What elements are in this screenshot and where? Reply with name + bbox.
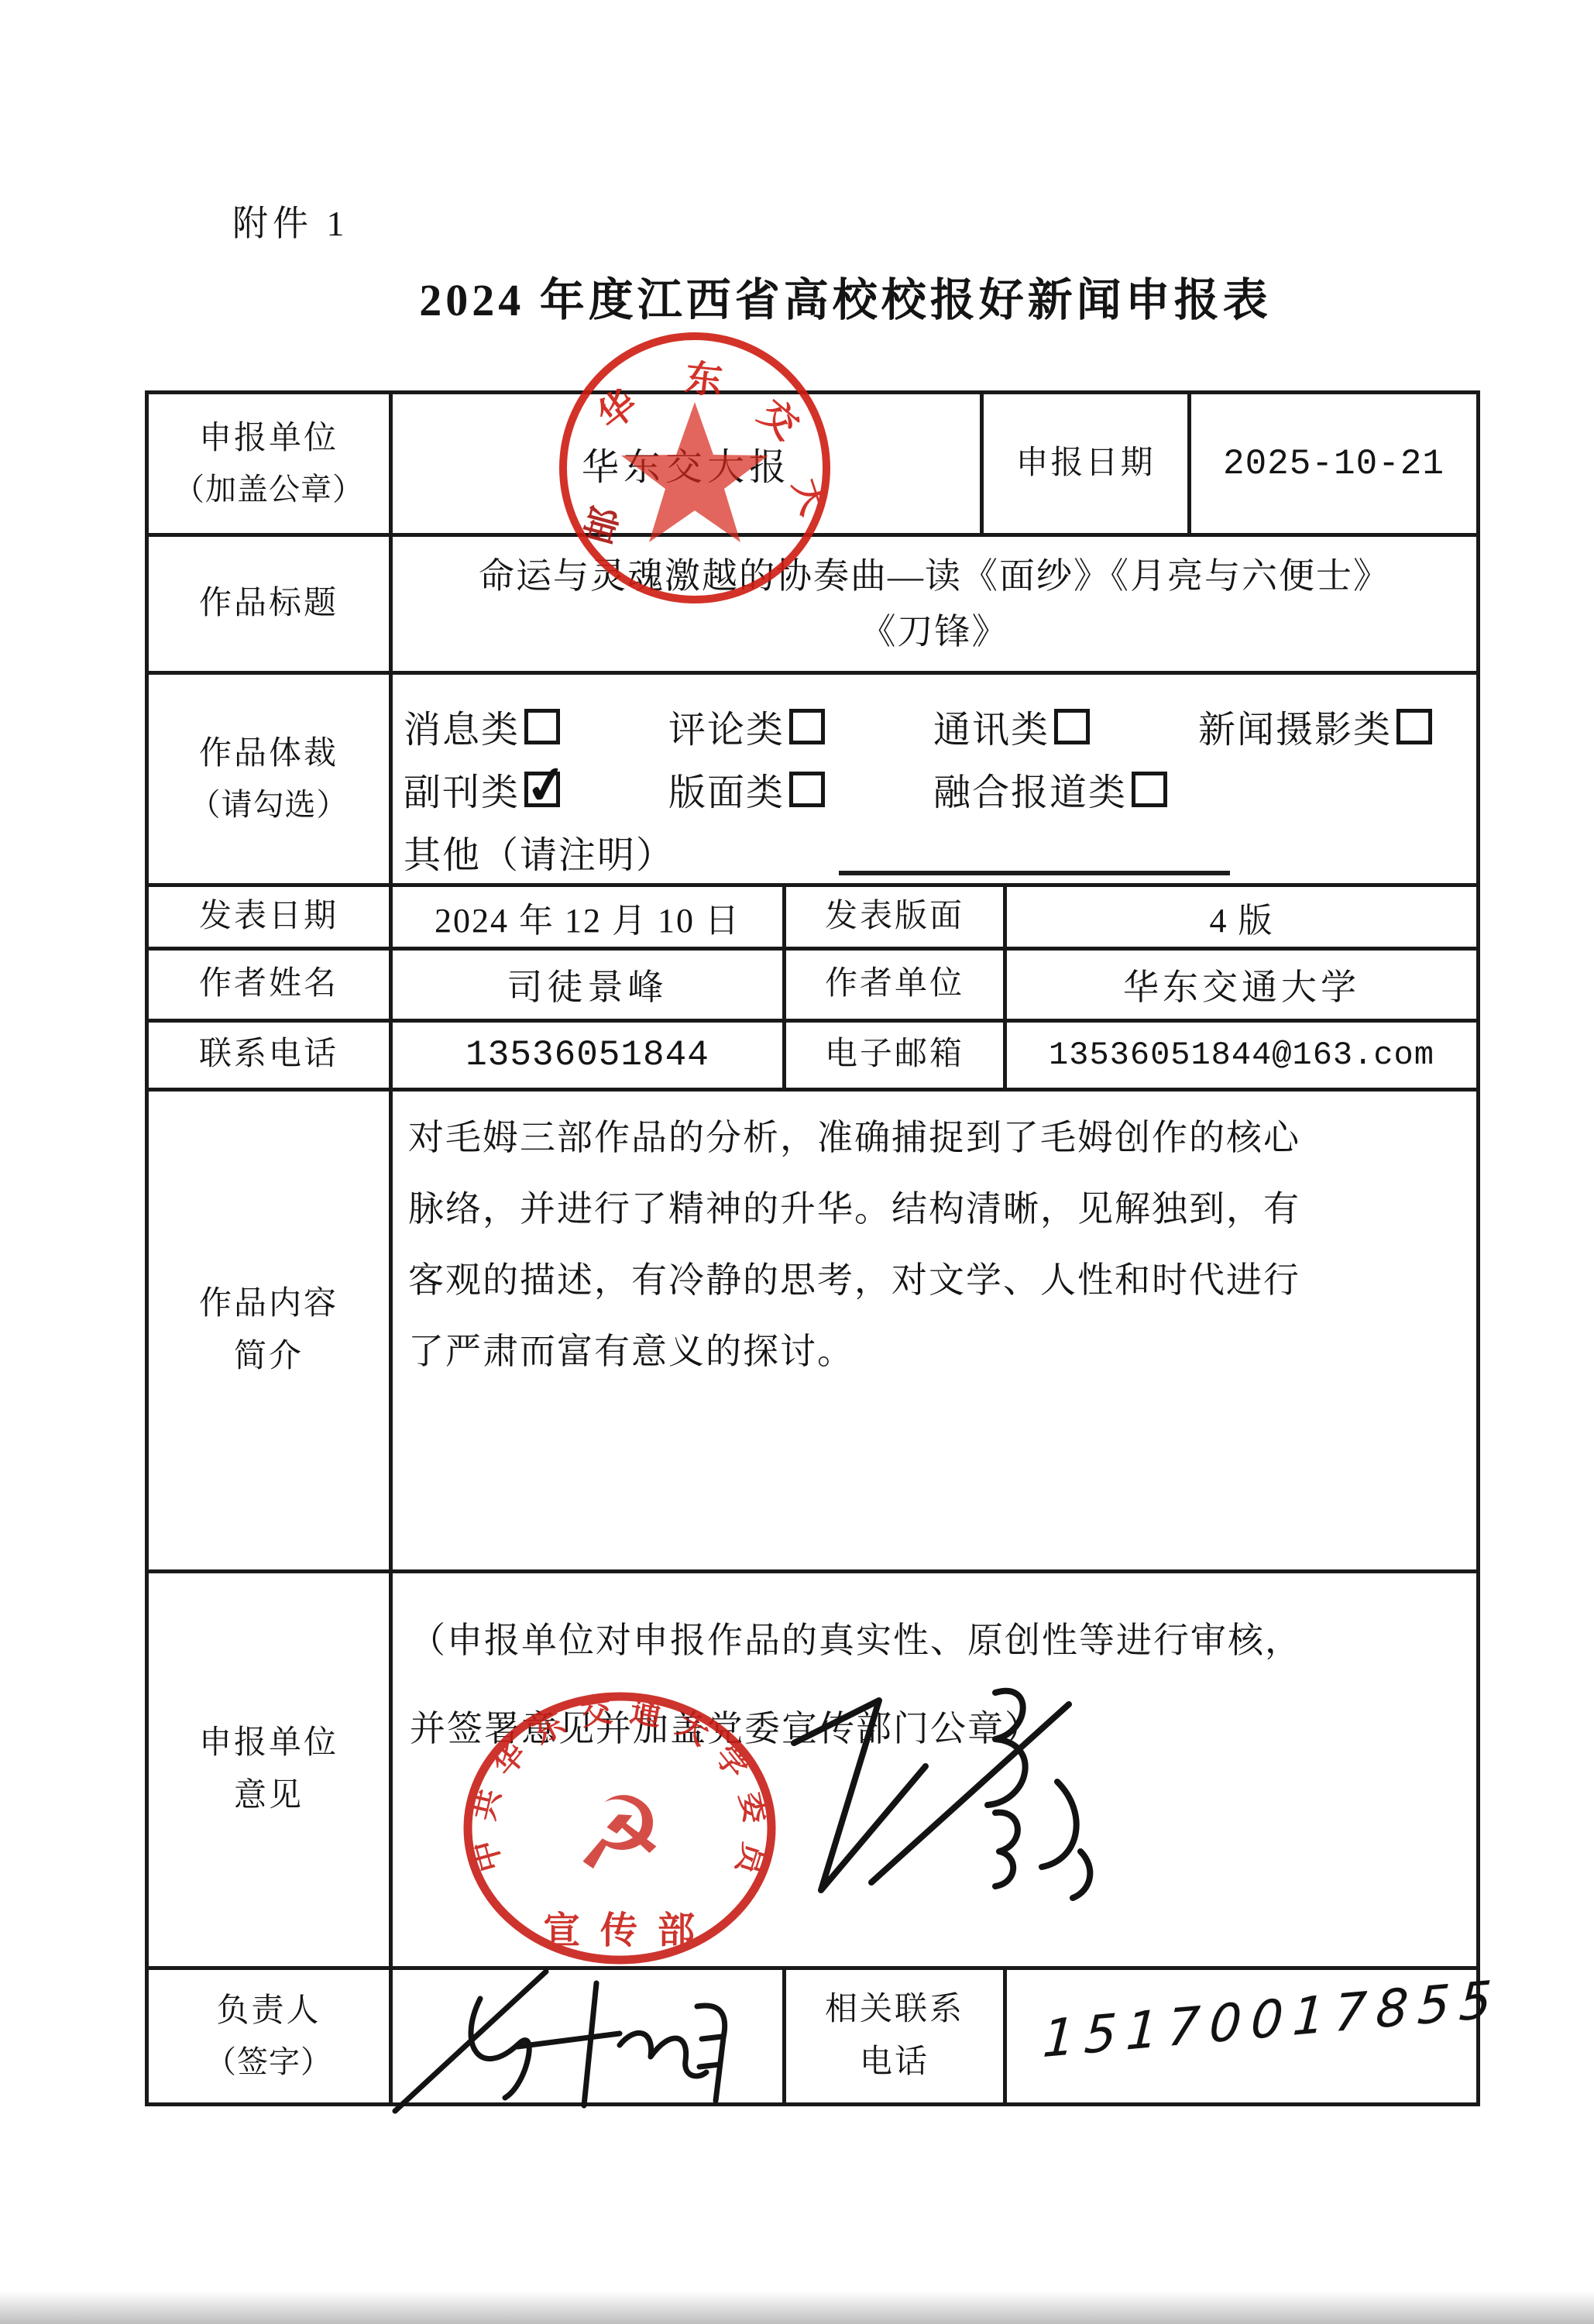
checkbox-supplement: [524, 772, 560, 807]
publish-page-label-cell: 发表版面: [786, 887, 1007, 951]
contact-phone-label-line2: 电话: [860, 2037, 929, 2089]
declare-date-value-cell: 2025-10-21: [1191, 394, 1480, 537]
author-name-value-cell: 司徒景峰: [393, 951, 786, 1023]
publish-date-value: 2024 年 12 月 10 日: [435, 892, 740, 942]
summary-line: 脉络，并进行了精神的升华。结构清晰，见解独到，有: [408, 1174, 1300, 1245]
responsible-signature-cell: [393, 1970, 786, 2106]
author-name-label-cell: 作者姓名: [149, 951, 393, 1023]
application-table: 申报单位 （加盖公章） 华东交大报 申报日期 2025-10-21 作品标题 命…: [145, 390, 1480, 2106]
phone-value-cell: 13536051844: [393, 1023, 786, 1092]
phone-value: 13536051844: [465, 1035, 709, 1075]
checkbox-converged: [1132, 772, 1167, 807]
opinion-label-line1: 申报单位: [199, 1717, 338, 1769]
genre-item-photography: 新闻摄影类: [1198, 700, 1432, 753]
opinion-label-cell: 申报单位 意见: [149, 1573, 393, 1970]
author-name-value: 司徒景峰: [507, 959, 668, 1010]
author-name-label: 作者姓名: [199, 958, 338, 1010]
checkbox-news: [524, 709, 560, 744]
phone-label-cell: 联系电话: [149, 1023, 393, 1092]
genre-item-layout: 版面类: [668, 762, 825, 816]
author-unit-value-cell: 华东交通大学: [1007, 951, 1480, 1023]
work-title-value-cell: 命运与灵魂激越的协奏曲—读《面纱》《月亮与六便士》 《刀锋》: [393, 537, 1480, 675]
genre-item-commentary: 评论类: [668, 700, 825, 753]
summary-line: 客观的描述，有冷静的思考，对文学、人性和时代进行: [408, 1245, 1300, 1316]
email-value-cell: 13536051844@163.com: [1007, 1023, 1480, 1092]
work-title-label: 作品标题: [199, 578, 338, 630]
declare-unit-value: 华东交大报: [582, 437, 791, 490]
summary-text-cell: 对毛姆三部作品的分析，准确捕捉到了毛姆创作的核心 脉络，并进行了精神的升华。结构…: [393, 1092, 1480, 1573]
genre-item-supplement: 副刊类: [404, 762, 560, 816]
opinion-note-line2: 并签署意见并加盖党委宣传部门公章）: [410, 1685, 1042, 1773]
summary-label-cell: 作品内容 简介: [149, 1092, 393, 1573]
author-unit-label-cell: 作者单位: [786, 951, 1007, 1023]
work-title-label-cell: 作品标题: [149, 537, 393, 675]
work-title-line2: 《刀锋》: [861, 605, 1009, 658]
declare-unit-value-cell: 华东交大报: [393, 394, 984, 537]
responsible-label-line2: （签字）: [205, 2037, 332, 2087]
opinion-note-cell: （申报单位对申报作品的真实性、原创性等进行审核， 并签署意见并加盖党委宣传部门公…: [393, 1573, 1480, 1970]
opinion-label-line2: 意见: [234, 1770, 304, 1822]
author-unit-value: 华东交通大学: [1123, 959, 1360, 1010]
genre-label-line2: （请勾选）: [190, 780, 349, 830]
responsible-label-line1: 负责人: [216, 1985, 321, 2037]
summary-line: 了严肃而富有意义的探讨。: [408, 1316, 854, 1387]
phone-label: 联系电话: [199, 1029, 338, 1081]
genre-item-news: 消息类: [404, 700, 560, 753]
publish-date-label: 发表日期: [199, 891, 338, 943]
responsible-label-cell: 负责人 （签字）: [149, 1970, 393, 2106]
publish-date-label-cell: 发表日期: [149, 887, 393, 951]
genre-row-3: 其他（请注明）: [404, 820, 1476, 883]
checkbox-layout: [789, 772, 825, 807]
publish-page-value: 4 版: [1210, 892, 1274, 942]
opinion-note-line1: （申报单位对申报作品的真实性、原创性等进行审核，: [410, 1597, 1302, 1685]
declare-date-label: 申报日期: [1015, 438, 1155, 490]
form-title: 2024 年度江西省高校校报好新闻申报表: [145, 263, 1476, 328]
genre-label-cell: 作品体裁 （请勾选）: [149, 675, 393, 887]
genre-row-2: 副刊类 版面类 融合报道类: [404, 758, 1476, 820]
author-unit-label: 作者单位: [825, 958, 964, 1010]
publish-date-value-cell: 2024 年 12 月 10 日: [393, 887, 786, 951]
declare-date-label-cell: 申报日期: [984, 394, 1191, 537]
publish-page-value-cell: 4 版: [1007, 887, 1480, 951]
publish-page-label: 发表版面: [825, 891, 964, 943]
genre-item-communication: 通讯类: [933, 700, 1090, 753]
checkbox-photography: [1396, 709, 1432, 744]
summary-line: 对毛姆三部作品的分析，准确捕捉到了毛姆创作的核心: [408, 1102, 1300, 1174]
email-value: 13536051844@163.com: [1049, 1037, 1434, 1074]
scanned-form-page: 附件 1 2024 年度江西省高校校报好新闻申报表 申报单位 （加盖公章） 华东…: [0, 0, 1594, 2324]
declare-unit-label-line1: 申报单位: [199, 413, 338, 465]
declare-unit-label-cell: 申报单位 （加盖公章）: [149, 394, 393, 537]
contact-phone-label-cell: 相关联系 电话: [786, 1970, 1007, 2106]
other-fill-in-line: [839, 871, 1230, 875]
scan-edge-shadow: [0, 2291, 1594, 2324]
checkbox-communication: [1054, 709, 1090, 744]
email-label-cell: 电子邮箱: [786, 1023, 1007, 1092]
email-label: 电子邮箱: [825, 1029, 964, 1081]
genre-row-1: 消息类 评论类 通讯类 新闻摄影类: [404, 695, 1476, 758]
genre-label-line1: 作品体裁: [199, 728, 338, 780]
summary-label-line2: 简介: [234, 1331, 304, 1383]
attachment-label: 附件 1: [232, 195, 349, 246]
summary-label-line1: 作品内容: [199, 1278, 338, 1330]
genre-item-other: 其他（请注明）: [404, 825, 675, 878]
declare-date-value: 2025-10-21: [1223, 444, 1445, 484]
genre-options-cell: 消息类 评论类 通讯类 新闻摄影类 副刊类 版面类 融合报道类 其他（请注明）: [393, 675, 1480, 887]
contact-phone-label-line1: 相关联系: [825, 1984, 964, 2036]
work-title-line1: 命运与灵魂激越的协奏曲—读《面纱》《月亮与六便士》: [479, 549, 1390, 603]
genre-item-converged: 融合报道类: [933, 762, 1167, 816]
checkbox-commentary: [789, 709, 825, 744]
declare-unit-label-line2: （加盖公章）: [173, 465, 364, 514]
